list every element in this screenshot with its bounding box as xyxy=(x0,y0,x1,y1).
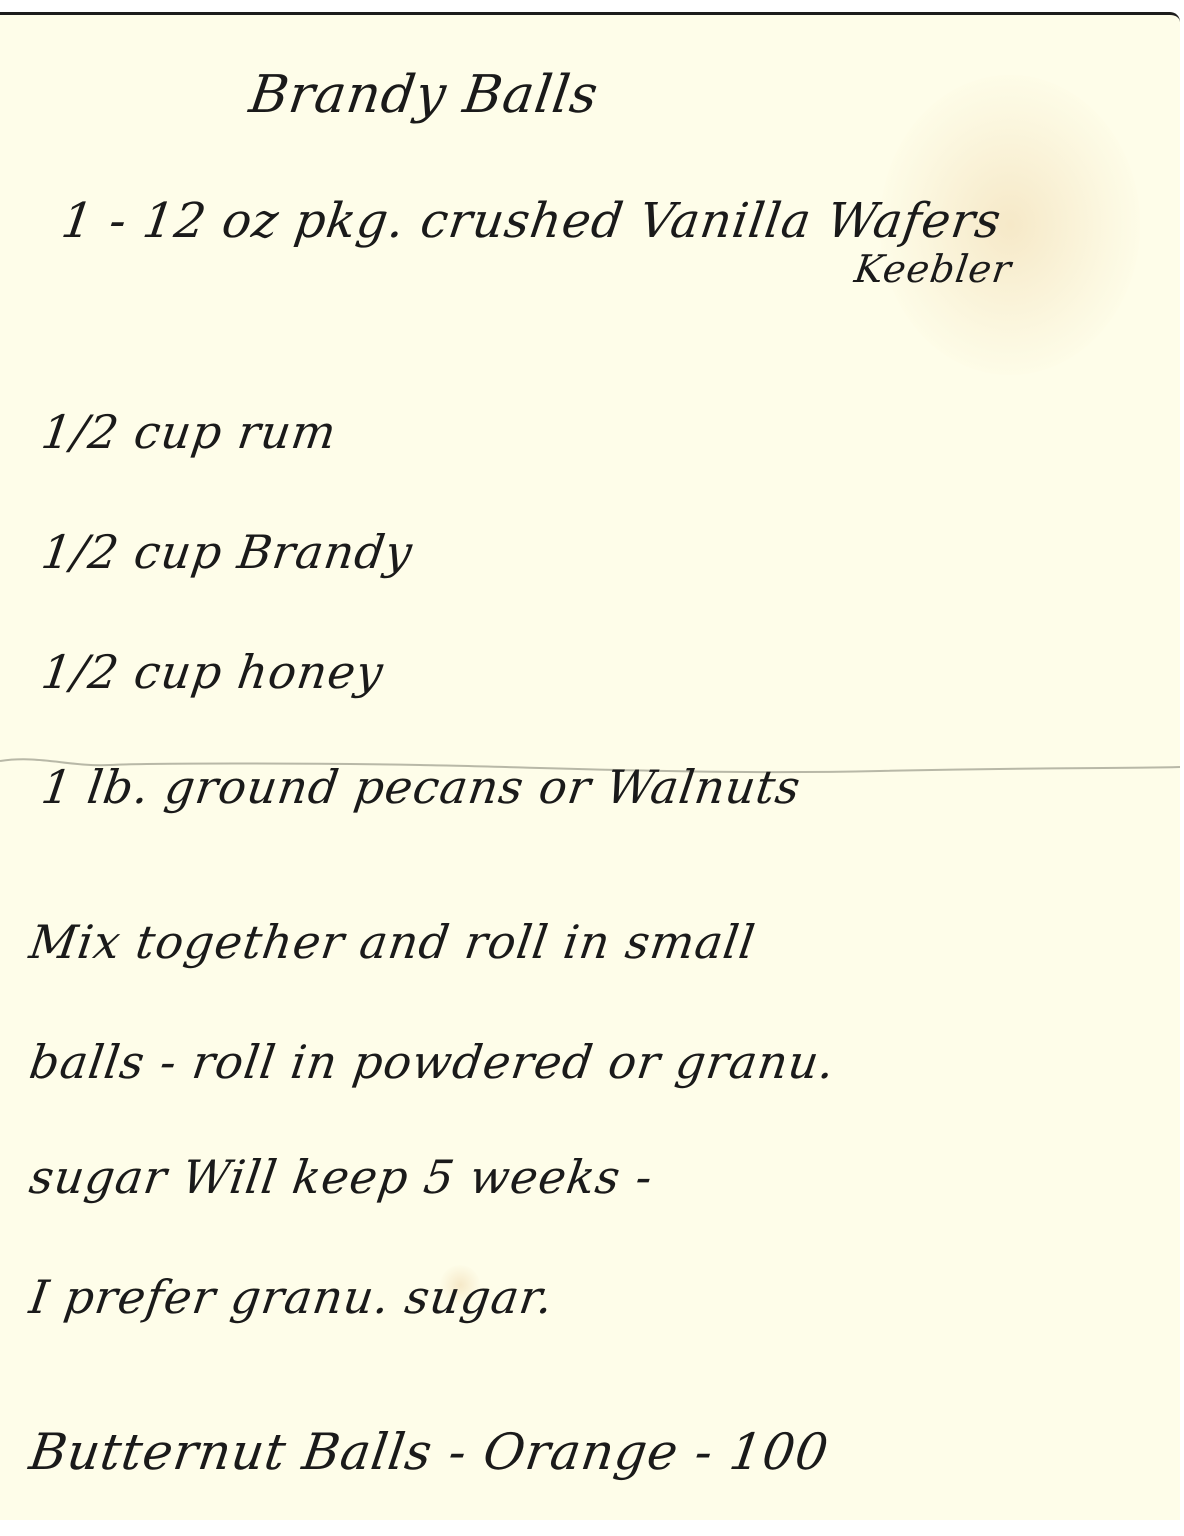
direction-line: I prefer granu. sugar. xyxy=(26,1270,557,1324)
direction-line: Mix together and roll in small xyxy=(26,915,759,969)
direction-line: sugar Will keep 5 weeks - xyxy=(26,1150,656,1204)
ingredient-brand-note: Keebler xyxy=(852,247,1015,291)
ingredient-line: 1/2 cup Brandy xyxy=(38,525,416,579)
ingredient-line: 1/2 cup rum xyxy=(38,405,340,459)
ingredient-line: 1 lb. ground pecans or Walnuts xyxy=(38,760,804,814)
ingredient-line: 1/2 cup honey xyxy=(38,645,387,699)
recipe-card: Brandy Balls 1 - 12 oz pkg. crushed Vani… xyxy=(0,12,1180,1520)
recipe-title: Brandy Balls xyxy=(246,65,602,125)
ingredient-line: 1 - 12 oz pkg. crushed Vanilla Wafers xyxy=(58,193,1005,249)
footer-note: Butternut Balls - Orange - 100 xyxy=(26,1423,833,1481)
direction-line: balls - roll in powdered or granu. xyxy=(26,1035,838,1089)
